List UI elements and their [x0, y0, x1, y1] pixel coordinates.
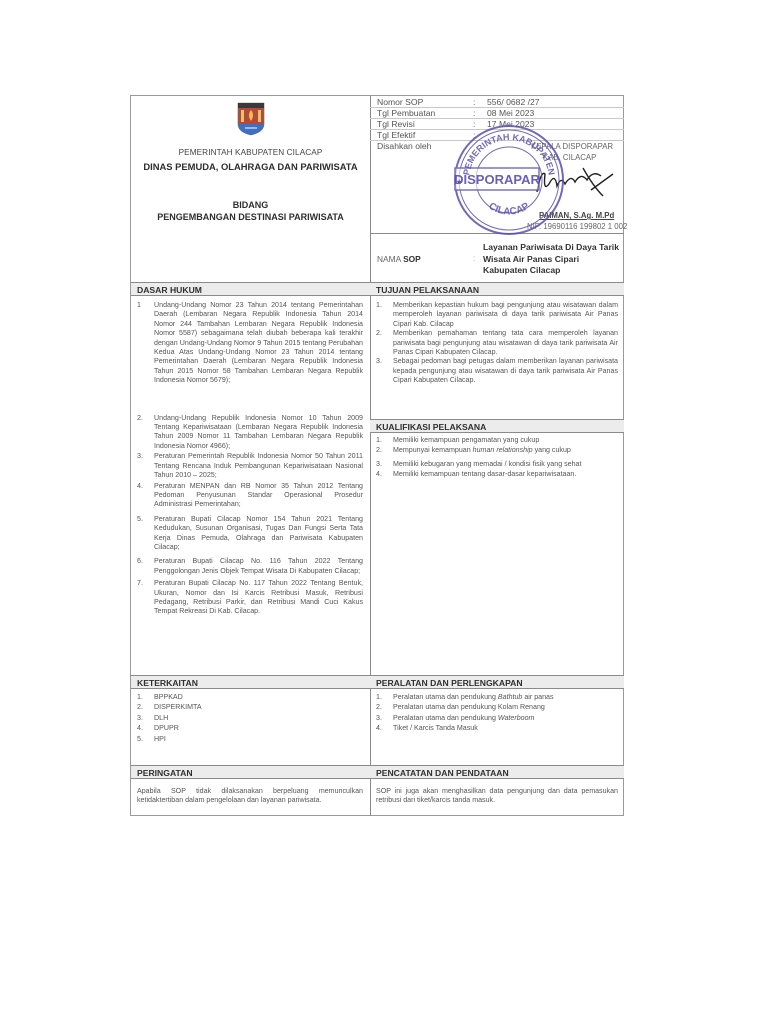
list-item-text: DLH [154, 714, 168, 722]
peringatan-text: Apabila SOP tidak dilaksanakan berpeluan… [137, 787, 363, 806]
list-item-text: Memberikan pemahaman tentang tata cara m… [393, 329, 618, 356]
list-item-number: 6. [137, 557, 143, 566]
section-tujuan-header: TUJUAN PELAKSANAAN [370, 282, 624, 296]
list-item: 2.Undang-Undang Republik Indonesia Nomor… [135, 414, 363, 452]
government-name: PEMERINTAH KABUPATEN CILACAP [131, 148, 370, 157]
list-item-text: Undang-Undang Republik Indonesia Nomor 1… [154, 414, 363, 450]
list-item-text: DISPERKIMTA [154, 703, 202, 711]
list-item: 1.Peralatan utama dan pendukung Bathtub … [374, 692, 618, 702]
nama-sop-value: Layanan Pariwisata Di Daya Tarik Wisata … [483, 242, 623, 277]
list-item-number: 2. [137, 414, 143, 423]
meta-key: Tgl Pembuatan [377, 108, 467, 118]
list-item-text: Memiliki kemampuan tentang dasar-dasar k… [393, 470, 576, 478]
list-item: 7.Peraturan Bupati Cilacap No. 117 Tahun… [135, 579, 363, 617]
list-item-number: 2. [376, 702, 382, 712]
list-item-text: Undang-Undang Nomor 23 Tahun 2014 tentan… [154, 301, 363, 384]
list-item-number: 1 [137, 301, 141, 310]
meta-value: 556/ 0682 /27 [487, 97, 540, 107]
list-item-number: 4. [137, 482, 143, 491]
list-item: 4.Tiket / Karcis Tanda Masuk [374, 723, 618, 733]
list-item: 4.DPUPR [135, 723, 363, 733]
meta-sep: : [473, 108, 475, 118]
list-item-text: Mempunyai kemampuan human relationship y… [393, 446, 571, 454]
list-item-text: Peralatan utama dan pendukung Kolam Rena… [393, 703, 545, 711]
nama-sop-label: NAMA SOP [377, 254, 421, 264]
list-item-text: Memberikan kepastian hukum bagi pengunju… [393, 301, 618, 328]
list-item: 3.Peraturan Pemerintah Republik Indonesi… [135, 452, 363, 480]
list-item-text: Peraturan MENPAN dan RB Nomor 35 Tahun 2… [154, 482, 363, 509]
list-item: 3.Peralatan utama dan pendukung Waterboo… [374, 713, 618, 723]
list-item: 1.Memberikan kepastian hukum bagi pengun… [374, 301, 618, 329]
list-item-number: 1. [376, 436, 382, 446]
list-item: 2.DISPERKIMTA [135, 702, 363, 712]
list-item-number: 1. [376, 301, 382, 310]
official-stamp-icon: PEMERINTAH KABUPATEN DISPORAPAR CILACAP … [451, 122, 567, 238]
peralatan-list: 1.Peralatan utama dan pendukung Bathtub … [374, 692, 618, 734]
list-item: 1.Memiliki kemampuan pengamatan yang cuk… [374, 436, 618, 446]
list-item: 1Undang-Undang Nomor 23 Tahun 2014 tenta… [135, 301, 363, 386]
list-item-number: 3. [376, 713, 382, 723]
list-item: 5.Peraturan Bupati Cilacap Nomor 154 Tah… [135, 515, 363, 553]
list-item: 2.Mempunyai kemampuan human relationship… [374, 446, 618, 456]
list-item-text: Memiliki kebugaran yang memadai / kondis… [393, 460, 581, 468]
svg-text:DISPORAPAR: DISPORAPAR [454, 172, 540, 187]
list-item-number: 2. [376, 329, 382, 338]
list-item-number: 2. [376, 446, 382, 456]
list-item-text: Peraturan Bupati Cilacap Nomor 154 Tahun… [154, 515, 363, 551]
list-item: 4.Peraturan MENPAN dan RB Nomor 35 Tahun… [135, 482, 363, 510]
svg-text:★: ★ [456, 178, 462, 186]
list-item-number: 5. [137, 515, 143, 524]
nama-sop-label-bold: SOP [403, 254, 421, 264]
meta-sep: : [473, 97, 475, 107]
list-item-text: HPI [154, 735, 166, 743]
section-peringatan-header: PERINGATAN [131, 765, 371, 779]
nama-sop-label-prefix: NAMA [377, 254, 401, 264]
header-agency-block: PEMERINTAH KABUPATEN CILACAP DINAS PEMUD… [131, 96, 370, 282]
list-item-number: 4. [137, 723, 143, 733]
list-item-number: 4. [376, 723, 382, 733]
section-pencatatan-header: PENCATATAN DAN PENDATAAN [370, 765, 624, 779]
list-item-number: 3. [137, 452, 143, 461]
section-keterkaitan-header: KETERKAITAN [131, 675, 371, 689]
section-peralatan-header: PERALATAN DAN PERLENGKAPAN [370, 675, 624, 689]
list-item-text: DPUPR [154, 724, 179, 732]
list-item: 2.Peralatan utama dan pendukung Kolam Re… [374, 702, 618, 712]
kualifikasi-list: 1.Memiliki kemampuan pengamatan yang cuk… [374, 436, 618, 479]
nama-sop-colon: : [473, 254, 475, 263]
meta-value: 08 Mei 2023 [487, 108, 534, 118]
svg-text:CILACAP: CILACAP [487, 201, 532, 218]
list-item-text: Peraturan Pemerintah Republik Indonesia … [154, 452, 363, 479]
list-item-number: 4. [376, 470, 382, 480]
tujuan-list: 1.Memberikan kepastian hukum bagi pengun… [374, 301, 618, 386]
list-item: 5.HPI [135, 734, 363, 744]
keterkaitan-list: 1.BPPKAD2.DISPERKIMTA3.DLH4.DPUPR5.HPI [135, 692, 363, 744]
cilacap-regency-crest-icon [237, 102, 265, 136]
list-item-text: Memiliki kemampuan pengamatan yang cukup [393, 436, 539, 444]
list-item: 4.Memiliki kemampuan tentang dasar-dasar… [374, 470, 618, 480]
list-item-text: BPPKAD [154, 693, 183, 701]
meta-key: Nomor SOP [377, 97, 467, 107]
department-name: DINAS PEMUDA, OLAHRAGA DAN PARIWISATA [131, 161, 370, 172]
list-item-text: Peraturan Bupati Cilacap No. 117 Tahun 2… [154, 579, 363, 615]
list-item: 1.BPPKAD [135, 692, 363, 702]
center-divider [370, 96, 371, 816]
list-item-number: 1. [376, 692, 382, 702]
list-item: 6.Peraturan Bupati Cilacap No. 116 Tahun… [135, 557, 363, 576]
list-item-text: Sebagai pedoman bagi petugas dalam membe… [393, 357, 618, 384]
list-item: 3.Sebagai pedoman bagi petugas dalam mem… [374, 357, 618, 385]
list-item-number: 3. [376, 357, 382, 366]
list-item: 3.Memiliki kebugaran yang memadai / kond… [374, 460, 618, 470]
list-item-text: Peralatan utama dan pendukung Bathtub ai… [393, 693, 554, 701]
list-item: 2.Memberikan pemahaman tentang tata cara… [374, 329, 618, 357]
list-item-text: Peraturan Bupati Cilacap No. 116 Tahun 2… [154, 557, 363, 574]
section-kualifikasi-header: KUALIFIKASI PELAKSANA [370, 419, 624, 433]
list-item-number: 1. [137, 692, 143, 702]
list-item-number: 2. [137, 702, 143, 712]
sop-document: PEMERINTAH KABUPATEN CILACAP DINAS PEMUD… [130, 95, 624, 816]
list-item-text: Peralatan utama dan pendukung Waterboom [393, 714, 534, 722]
list-item-number: 3. [137, 713, 143, 723]
list-item-number: 7. [137, 579, 143, 588]
list-item-text: Tiket / Karcis Tanda Masuk [393, 724, 478, 732]
list-item: 3.DLH [135, 713, 363, 723]
list-item-number: 5. [137, 734, 143, 744]
division-name: PENGEMBANGAN DESTINASI PARIWISATA [131, 212, 370, 222]
section-dasar-hukum-header: DASAR HUKUM [131, 282, 371, 296]
dasar-hukum-list: 1Undang-Undang Nomor 23 Tahun 2014 tenta… [135, 301, 363, 617]
division-label: BIDANG [131, 200, 370, 210]
list-item-number: 3. [376, 460, 382, 470]
pencatatan-text: SOP ini juga akan menghasilkan data peng… [376, 787, 618, 806]
